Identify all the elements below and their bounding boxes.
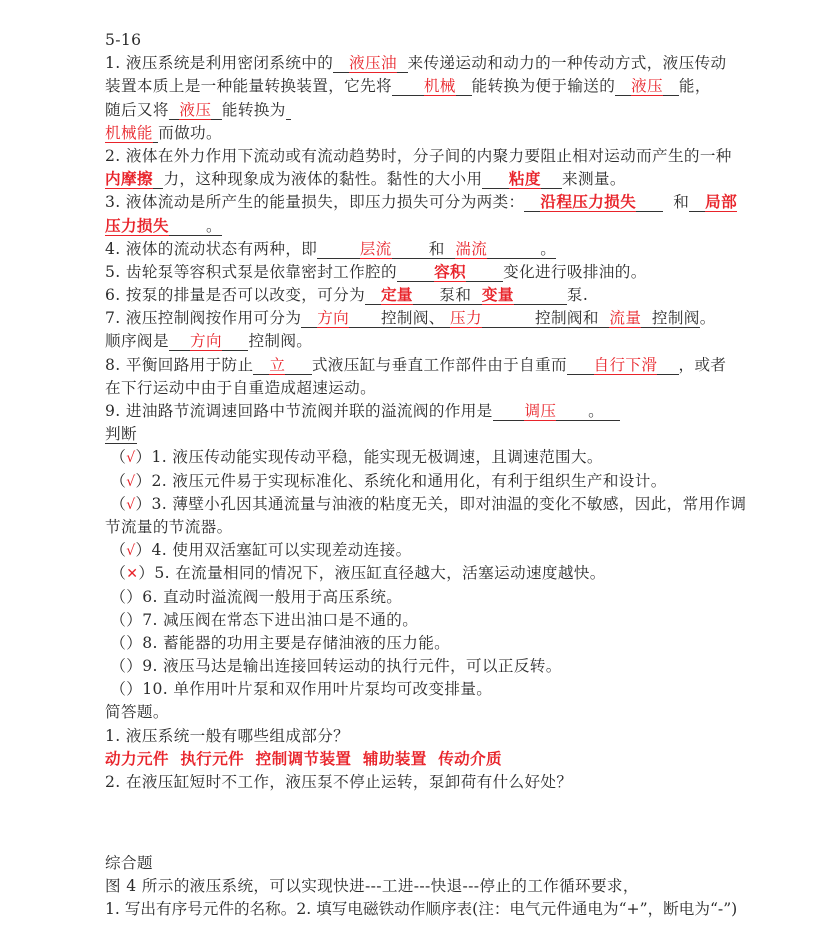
q7-text: 控制阀。 [248, 332, 312, 350]
q7-text: 控制阀、 [381, 309, 445, 327]
comprehensive-line1: 图 4 所示的液压系统，可以实现快进---工进---快退---停止的工作循环要求… [105, 875, 733, 898]
q1-line4: 机械能 而做功。 [105, 122, 733, 145]
judge-item-6: （）6. 直动时溢流阀一般用于高压系统。 [105, 586, 733, 609]
q7-text: 控制阀和 [535, 309, 599, 327]
q4-answer-1: 层流 [360, 240, 392, 259]
q1-text: 装置本质上是一种能量转换装置，它先将 [105, 77, 392, 95]
q8-answer-1: 立 [269, 356, 285, 375]
short-a1: 动力元件 执行元件 控制调节装置 辅助装置 传动介质 [105, 748, 733, 771]
judge-item-2: （√）2. 液压元件易于实现标准化、系统化和通用化，有利于组织生产和设计。 [105, 470, 733, 493]
judge-item-text: 4. 使用双活塞缸可以实现差动连接。 [152, 541, 412, 559]
q1-text: 而做功。 [158, 124, 222, 142]
judge-item-5: （✕）5. 在流量相同的情况下，液压缸直径越大，活塞运动速度越快。 [105, 562, 733, 585]
q1-text: 能， [679, 77, 711, 95]
q2-answer-1: 内摩擦 [105, 170, 153, 189]
q1-text: 1. 液压系统是利用密闭系统中的 [105, 54, 333, 72]
judge-item-7: （）7. 减压阀在常态下进出油口是不通的。 [105, 609, 733, 632]
q1-answer-2: 机械 [424, 77, 456, 96]
q7-answer-2: 压力 [450, 309, 482, 328]
q3-text: 和 [673, 193, 689, 211]
q2-answer-2: 粘度 [509, 170, 541, 189]
q1-answer-4: 液压 [179, 101, 211, 120]
comprehensive-line2: 1. 写出有序号元件的名称。2. 填写电磁铁动作顺序表(注：电气元件通电为“+”… [105, 898, 733, 921]
q9-answer-1: 调压 [524, 402, 556, 421]
q8-text: ，或者 [679, 356, 727, 374]
q5-text: 5. 齿轮泵等容积式泵是依靠密封工作腔的 [105, 263, 397, 281]
q3-line2: 压力损失 。 [105, 215, 733, 238]
q1-text: 能转换为 [222, 101, 286, 119]
q6-answer-1: 定量 [381, 286, 413, 305]
q6-text: 6. 按泵的排量是否可以改变，可分为 [105, 286, 365, 304]
check-mark-icon: √ [126, 497, 135, 513]
q3-text: 。 [206, 217, 222, 235]
q1-text: 来传递运动和动力的一种传动方式，液压传动 [408, 54, 727, 72]
q9-text: 。 [588, 402, 604, 420]
q5-line: 5. 齿轮泵等容积式泵是依靠密封工作腔的 容积 变化进行吸排油的。 [105, 261, 733, 284]
q6-answer-2: 变量 [482, 286, 514, 305]
spacer [105, 841, 733, 852]
q1-text: 能转换为便于输送的 [472, 77, 616, 95]
judge-item-4: （√）4. 使用双活塞缸可以实现差动连接。 [105, 539, 733, 562]
q7-line2: 顺序阀是 方向 控制阀。 [105, 330, 733, 353]
check-mark-icon: √ [126, 474, 135, 490]
short-heading: 简答题。 [105, 701, 733, 724]
judge-item-text: 7. 减压阀在常态下进出油口是不通的。 [142, 611, 418, 629]
q3-answer-2b: 压力损失 [105, 217, 169, 236]
q9-text: 9. 进油路节流调速回路中节流阀并联的溢流阀的作用是 [105, 402, 493, 420]
q1-line1: 1. 液压系统是利用密闭系统中的 液压油 来传递运动和动力的一种传动方式，液压传… [105, 52, 733, 75]
judge-item-1: （√）1. 液压传动能实现传动平稳，能实现无极调速，且调速范围大。 [105, 446, 733, 469]
judge-item-3: （√）3. 薄壁小孔因其通流量与油液的粘度无关，即对油温的变化不敏感，因此，常用… [105, 493, 733, 516]
judge-item-3-cont: 节流量的节流器。 [105, 516, 733, 539]
q7-line1: 7. 液压控制阀按作用可分为 方向 控制阀、 压力 控制阀和 流量 控制阀。 [105, 307, 733, 330]
judge-item-text: 6. 直动时溢流阀一般用于高压系统。 [142, 588, 402, 606]
q7-text: 7. 液压控制阀按作用可分为 [105, 309, 301, 327]
judge-item-text: 3. 薄壁小孔因其通流量与油液的粘度无关，即对油温的变化不敏感，因此，常用作调 [152, 495, 747, 513]
q7-answer-4: 方向 [190, 332, 222, 351]
q1-text: 随后又将 [105, 101, 169, 119]
check-mark-icon: √ [126, 450, 135, 466]
q1-line2: 装置本质上是一种能量转换装置，它先将 机械 能转换为便于输送的 液压 能， [105, 75, 733, 98]
q5-text: 变化进行吸排油的。 [503, 263, 647, 281]
q1-answer-5: 机械能 [105, 124, 153, 143]
q4-text: 4. 液体的流动状态有两种，即 [105, 240, 317, 258]
q2-line2: 内摩擦 力，这种现象成为液体的黏性。黏性的大小用 粘度 来测量。 [105, 168, 733, 191]
judge-heading-text: 判断 [105, 425, 137, 444]
q1-answer-3: 液压 [631, 77, 663, 96]
q7-answer-1: 方向 [317, 309, 349, 328]
document-page: 5-16 1. 液压系统是利用密闭系统中的 液压油 来传递运动和动力的一种传动方… [105, 29, 733, 921]
q1-line3: 随后又将 液压 能转换为 [105, 99, 733, 122]
q3-answer-1: 沿程压力损失 [540, 193, 636, 212]
q7-text: 。 [700, 309, 716, 327]
q5-answer-1: 容积 [434, 263, 466, 282]
judge-item-8: （）8. 蓄能器的功用主要是存储油液的压力能。 [105, 632, 733, 655]
q6-text: 泵和 [439, 286, 471, 304]
q1-answer-1: 液压油 [349, 54, 397, 73]
q2-line1: 2. 液体在外力作用下流动或有流动趋势时，分子间的内聚力要阻止相对运动而产生的一… [105, 145, 733, 168]
q6-text: 泵. [567, 286, 588, 304]
q9-line: 9. 进油路节流调速回路中节流阀并联的溢流阀的作用是 调压 。 [105, 400, 733, 423]
q4-line: 4. 液体的流动状态有两种，即 层流 和 湍流 。 [105, 238, 733, 261]
q4-answer-2: 湍流 [455, 240, 487, 259]
short-q2: 2. 在液压缸短时不工作，液压泵不停止运转，泵卸荷有什么好处？ [105, 771, 733, 794]
judge-item-text: 2. 液压元件易于实现标准化、系统化和通用化，有利于组织生产和设计。 [152, 472, 667, 490]
q3-line1: 3. 液体流动是所产生的能量损失，即压力损失可分为两类： 沿程压力损失 和 局部 [105, 191, 733, 214]
judge-item-text: 5. 在流量相同的情况下，液压缸直径越大，活塞运动速度越快。 [154, 564, 605, 582]
q8-text: 式液压缸与垂直工作部件由于自重而 [312, 356, 567, 374]
q8-answer-2: 自行下滑 [594, 356, 658, 375]
judge-item-text: 8. 蓄能器的功用主要是存储油液的压力能。 [142, 634, 450, 652]
check-mark-icon: √ [126, 543, 135, 559]
comprehensive-heading: 综合题 [105, 852, 733, 875]
q3-answer-2a: 局部 [705, 193, 737, 212]
q4-text: 。 [540, 240, 556, 258]
q7-text: 控制阀 [652, 309, 700, 327]
q2-text: 力，这种现象成为液体的黏性。黏性的大小用 [163, 170, 482, 188]
short-q1: 1. 液压系统一般有哪些组成部分？ [105, 725, 733, 748]
page-label: 5-16 [105, 29, 733, 52]
spacer [105, 794, 733, 840]
q6-line: 6. 按泵的排量是否可以改变，可分为 定量 泵和 变量 泵. [105, 284, 733, 307]
q7-answer-3: 流量 [609, 309, 641, 328]
judge-item-text: 9. 液压马达是输出连接回转运动的执行元件，可以正反转。 [142, 657, 561, 675]
q4-text: 和 [429, 240, 445, 258]
q7-text: 顺序阀是 [105, 332, 169, 350]
q8-text: 8. 平衡回路用于防止 [105, 356, 253, 374]
q8-line1: 8. 平衡回路用于防止 立 式液压缸与垂直工作部件由于自重而 自行下滑 ，或者 [105, 354, 733, 377]
cross-mark-icon: ✕ [126, 566, 138, 582]
judge-item-text: 10. 单作用叶片泵和双作用叶片泵均可改变排量。 [142, 680, 492, 698]
q3-text: 3. 液体流动是所产生的能量损失，即压力损失可分为两类： [105, 193, 524, 211]
q8-line2: 在下行运动中由于自重造成超速运动。 [105, 377, 733, 400]
q2-text: 来测量。 [562, 170, 626, 188]
judge-item-10: （）10. 单作用叶片泵和双作用叶片泵均可改变排量。 [105, 678, 733, 701]
judge-heading: 判断 [105, 423, 733, 446]
judge-item-9: （）9. 液压马达是输出连接回转运动的执行元件，可以正反转。 [105, 655, 733, 678]
judge-item-text: 1. 液压传动能实现传动平稳，能实现无极调速，且调速范围大。 [152, 448, 603, 466]
